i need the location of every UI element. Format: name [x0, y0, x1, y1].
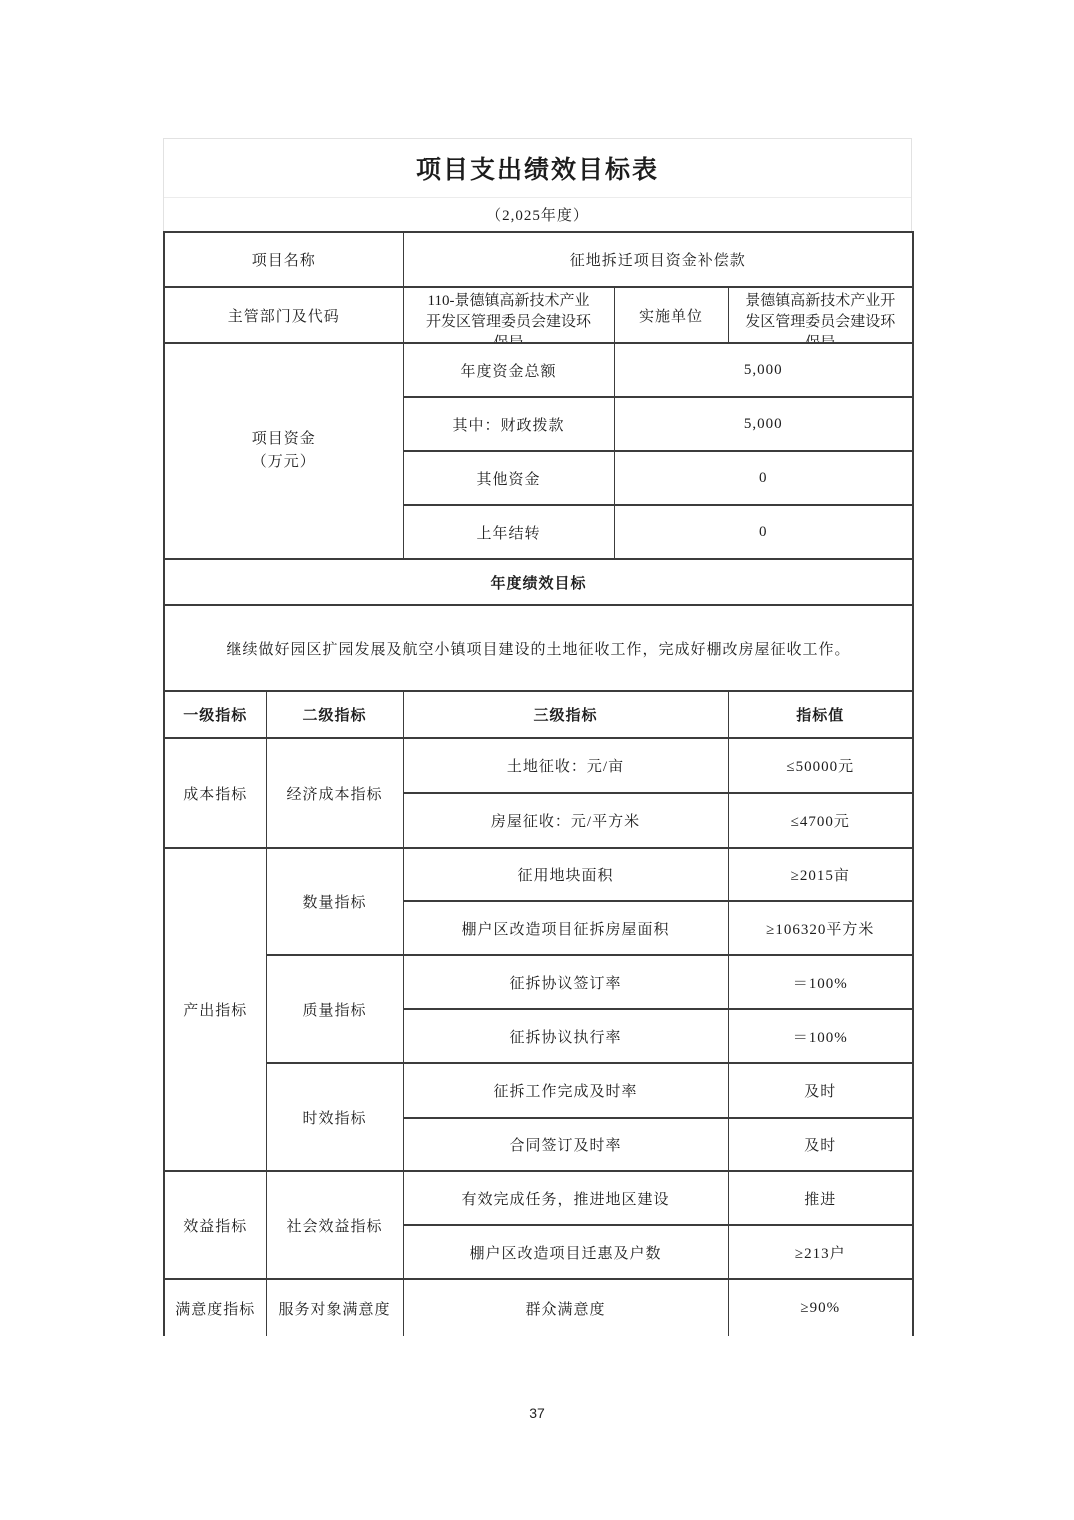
impl-unit-value: 景德镇高新技术产业开 发区管理委员会建设环 保局: [735, 288, 907, 342]
target-value: ≥90%: [728, 1279, 913, 1336]
level2-quantity: 数量指标: [266, 848, 403, 955]
table-row: 项目名称 征地拆迁项目资金补偿款: [164, 232, 913, 287]
funding-label: 年度资金总额: [403, 343, 614, 397]
level3-label: 征拆工作完成及时率: [403, 1063, 728, 1118]
header-target-value: 指标值: [728, 691, 913, 738]
annual-goal-text: 继续做好园区扩园发展及航空小镇项目建设的土地征收工作，完成好棚改房屋征收工作。: [164, 605, 913, 691]
target-value: ＝100%: [728, 955, 913, 1009]
project-name-label: 项目名称: [164, 232, 403, 287]
level3-label: 棚户区改造项目迁惠及户数: [403, 1225, 728, 1279]
level3-label: 征拆协议签订率: [403, 955, 728, 1009]
title-block: 项目支出绩效目标表 （2,025年度）: [163, 138, 912, 231]
level1-output: 产出指标: [164, 848, 266, 1171]
table-row: 项目资金 （万元） 年度资金总额 5,000: [164, 343, 913, 397]
funding-label: 其中：财政拨款: [403, 397, 614, 451]
indicator-header-row: 一级指标 二级指标 三级指标 指标值: [164, 691, 913, 738]
table-row: 继续做好园区扩园发展及航空小镇项目建设的土地征收工作，完成好棚改房屋征收工作。: [164, 605, 913, 691]
level3-label: 征用地块面积: [403, 848, 728, 901]
header-level1: 一级指标: [164, 691, 266, 738]
document-subtitle: （2,025年度）: [164, 198, 911, 231]
level2-economic-cost: 经济成本指标: [266, 738, 403, 848]
target-value: ＝100%: [728, 1009, 913, 1063]
indicator-row: 时效指标 征拆工作完成及时率 及时: [164, 1063, 913, 1118]
level3-label: 棚户区改造项目征拆房屋面积: [403, 901, 728, 955]
level3-label: 房屋征收：元/平方米: [403, 793, 728, 848]
annual-goal-header: 年度绩效目标: [164, 559, 913, 605]
impl-unit-value-cell: 景德镇高新技术产业开 发区管理委员会建设环 保局: [728, 287, 913, 343]
target-value: ≥213户: [728, 1225, 913, 1279]
funding-label: 上年结转: [403, 505, 614, 559]
level3-label: 合同签订及时率: [403, 1118, 728, 1171]
level2-quality: 质量指标: [266, 955, 403, 1063]
target-value: 推进: [728, 1171, 913, 1225]
dept-label: 主管部门及代码: [164, 287, 403, 343]
table-row: 年度绩效目标: [164, 559, 913, 605]
indicator-row: 产出指标 数量指标 征用地块面积 ≥2015亩: [164, 848, 913, 901]
target-value: 及时: [728, 1063, 913, 1118]
dept-value-cell: 110-景德镇高新技术产业 开发区管理委员会建设环 保局: [403, 287, 614, 343]
target-value: ≥106320平方米: [728, 901, 913, 955]
level2-social-benefit: 社会效益指标: [266, 1171, 403, 1279]
header-level2: 二级指标: [266, 691, 403, 738]
performance-target-document: 项目支出绩效目标表 （2,025年度） 项目名称 征地拆迁项目资金补偿款 主管部…: [163, 138, 912, 1336]
level3-label: 土地征收：元/亩: [403, 738, 728, 793]
level3-label: 征拆协议执行率: [403, 1009, 728, 1063]
level3-label: 群众满意度: [403, 1279, 728, 1336]
funding-value: 5,000: [614, 343, 913, 397]
target-value: ≤50000元: [728, 738, 913, 793]
target-value: 及时: [728, 1118, 913, 1171]
indicator-row: 成本指标 经济成本指标 土地征收：元/亩 ≤50000元: [164, 738, 913, 793]
level1-satisfaction: 满意度指标: [164, 1279, 266, 1336]
document-page: 项目支出绩效目标表 （2,025年度） 项目名称 征地拆迁项目资金补偿款 主管部…: [0, 0, 1074, 1520]
indicator-row: 质量指标 征拆协议签订率 ＝100%: [164, 955, 913, 1009]
document-title: 项目支出绩效目标表: [164, 139, 911, 198]
level1-cost: 成本指标: [164, 738, 266, 848]
funding-value: 5,000: [614, 397, 913, 451]
performance-table: 项目名称 征地拆迁项目资金补偿款 主管部门及代码 110-景德镇高新技术产业 开…: [163, 231, 914, 1336]
level2-timeliness: 时效指标: [266, 1063, 403, 1171]
project-name-value: 征地拆迁项目资金补偿款: [403, 232, 913, 287]
funding-label: 其他资金: [403, 451, 614, 505]
target-value: ≤4700元: [728, 793, 913, 848]
indicator-row: 满意度指标 服务对象满意度 群众满意度 ≥90%: [164, 1279, 913, 1336]
funding-value: 0: [614, 451, 913, 505]
funding-group-label: 项目资金 （万元）: [164, 343, 403, 559]
table-row: 主管部门及代码 110-景德镇高新技术产业 开发区管理委员会建设环 保局 实施单…: [164, 287, 913, 343]
impl-unit-label: 实施单位: [614, 287, 728, 343]
target-value: ≥2015亩: [728, 848, 913, 901]
header-level3: 三级指标: [403, 691, 728, 738]
dept-value: 110-景德镇高新技术产业 开发区管理委员会建设环 保局: [410, 288, 608, 342]
indicator-row: 效益指标 社会效益指标 有效完成任务，推进地区建设 推进: [164, 1171, 913, 1225]
level1-benefit: 效益指标: [164, 1171, 266, 1279]
level3-label: 有效完成任务，推进地区建设: [403, 1171, 728, 1225]
funding-value: 0: [614, 505, 913, 559]
level2-service-satisfaction: 服务对象满意度: [266, 1279, 403, 1336]
page-number: 37: [0, 1405, 1074, 1421]
